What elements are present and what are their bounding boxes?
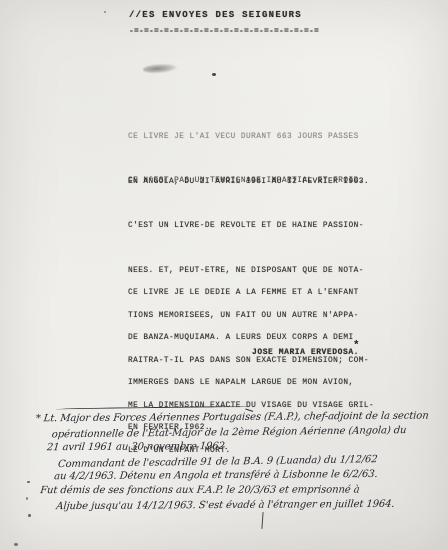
scan-speckle bbox=[104, 11, 106, 13]
document-title: //ES ENVOYES DES SEIGNEURS bbox=[129, 8, 302, 23]
text-line: DE BANZA-MUQUIAMA. A LEURS DEUX CORPS A … bbox=[128, 331, 359, 346]
scan-speckle bbox=[14, 543, 18, 546]
text-line: CE LIVRE JE LE DEDIE A LA FEMME ET A L'E… bbox=[128, 286, 359, 301]
scanned-typewritten-page: //ES ENVOYES DES SEIGNEURS -=-=-=-=-=-=-… bbox=[0, 0, 448, 550]
title-underline: -=-=-=-=-=-=-=-=-=-=-=-=-=-=-=-=-=-=-= bbox=[129, 24, 319, 39]
handwritten-footnote: * Lt. Major des Forces Aériennes Portuga… bbox=[0, 410, 448, 515]
footnote-asterisk-mark: * bbox=[353, 340, 360, 352]
text-line: CE N'EST PAS UN TEMOIGNAGE IMPARTIAL ET … bbox=[128, 174, 374, 189]
author-signature: JOSE MARIA ERVEDOSA. bbox=[252, 348, 359, 357]
handwritten-line: Fut démis de ses fonctions aux F.A.P. le… bbox=[40, 484, 448, 499]
text-line: C'EST UN LIVRE-DE REVOLTE ET DE HAINE PA… bbox=[128, 219, 374, 234]
ink-smudge bbox=[143, 63, 178, 74]
text-line: IMMERGES DANS LE NAPALM LARGUE DE MON AV… bbox=[128, 376, 359, 391]
text-line: CE LIVRE JE L'AI VECU DURANT 663 JOURS P… bbox=[128, 130, 369, 145]
scan-speckle bbox=[212, 73, 216, 76]
handwritten-line: au 4/2/1963. Détenu en Angola et transfé… bbox=[54, 468, 448, 486]
pen-stroke-mark bbox=[261, 512, 264, 529]
handwritten-line: Aljube jusqu'au 14/12/1963. S'est évadé … bbox=[56, 498, 448, 516]
